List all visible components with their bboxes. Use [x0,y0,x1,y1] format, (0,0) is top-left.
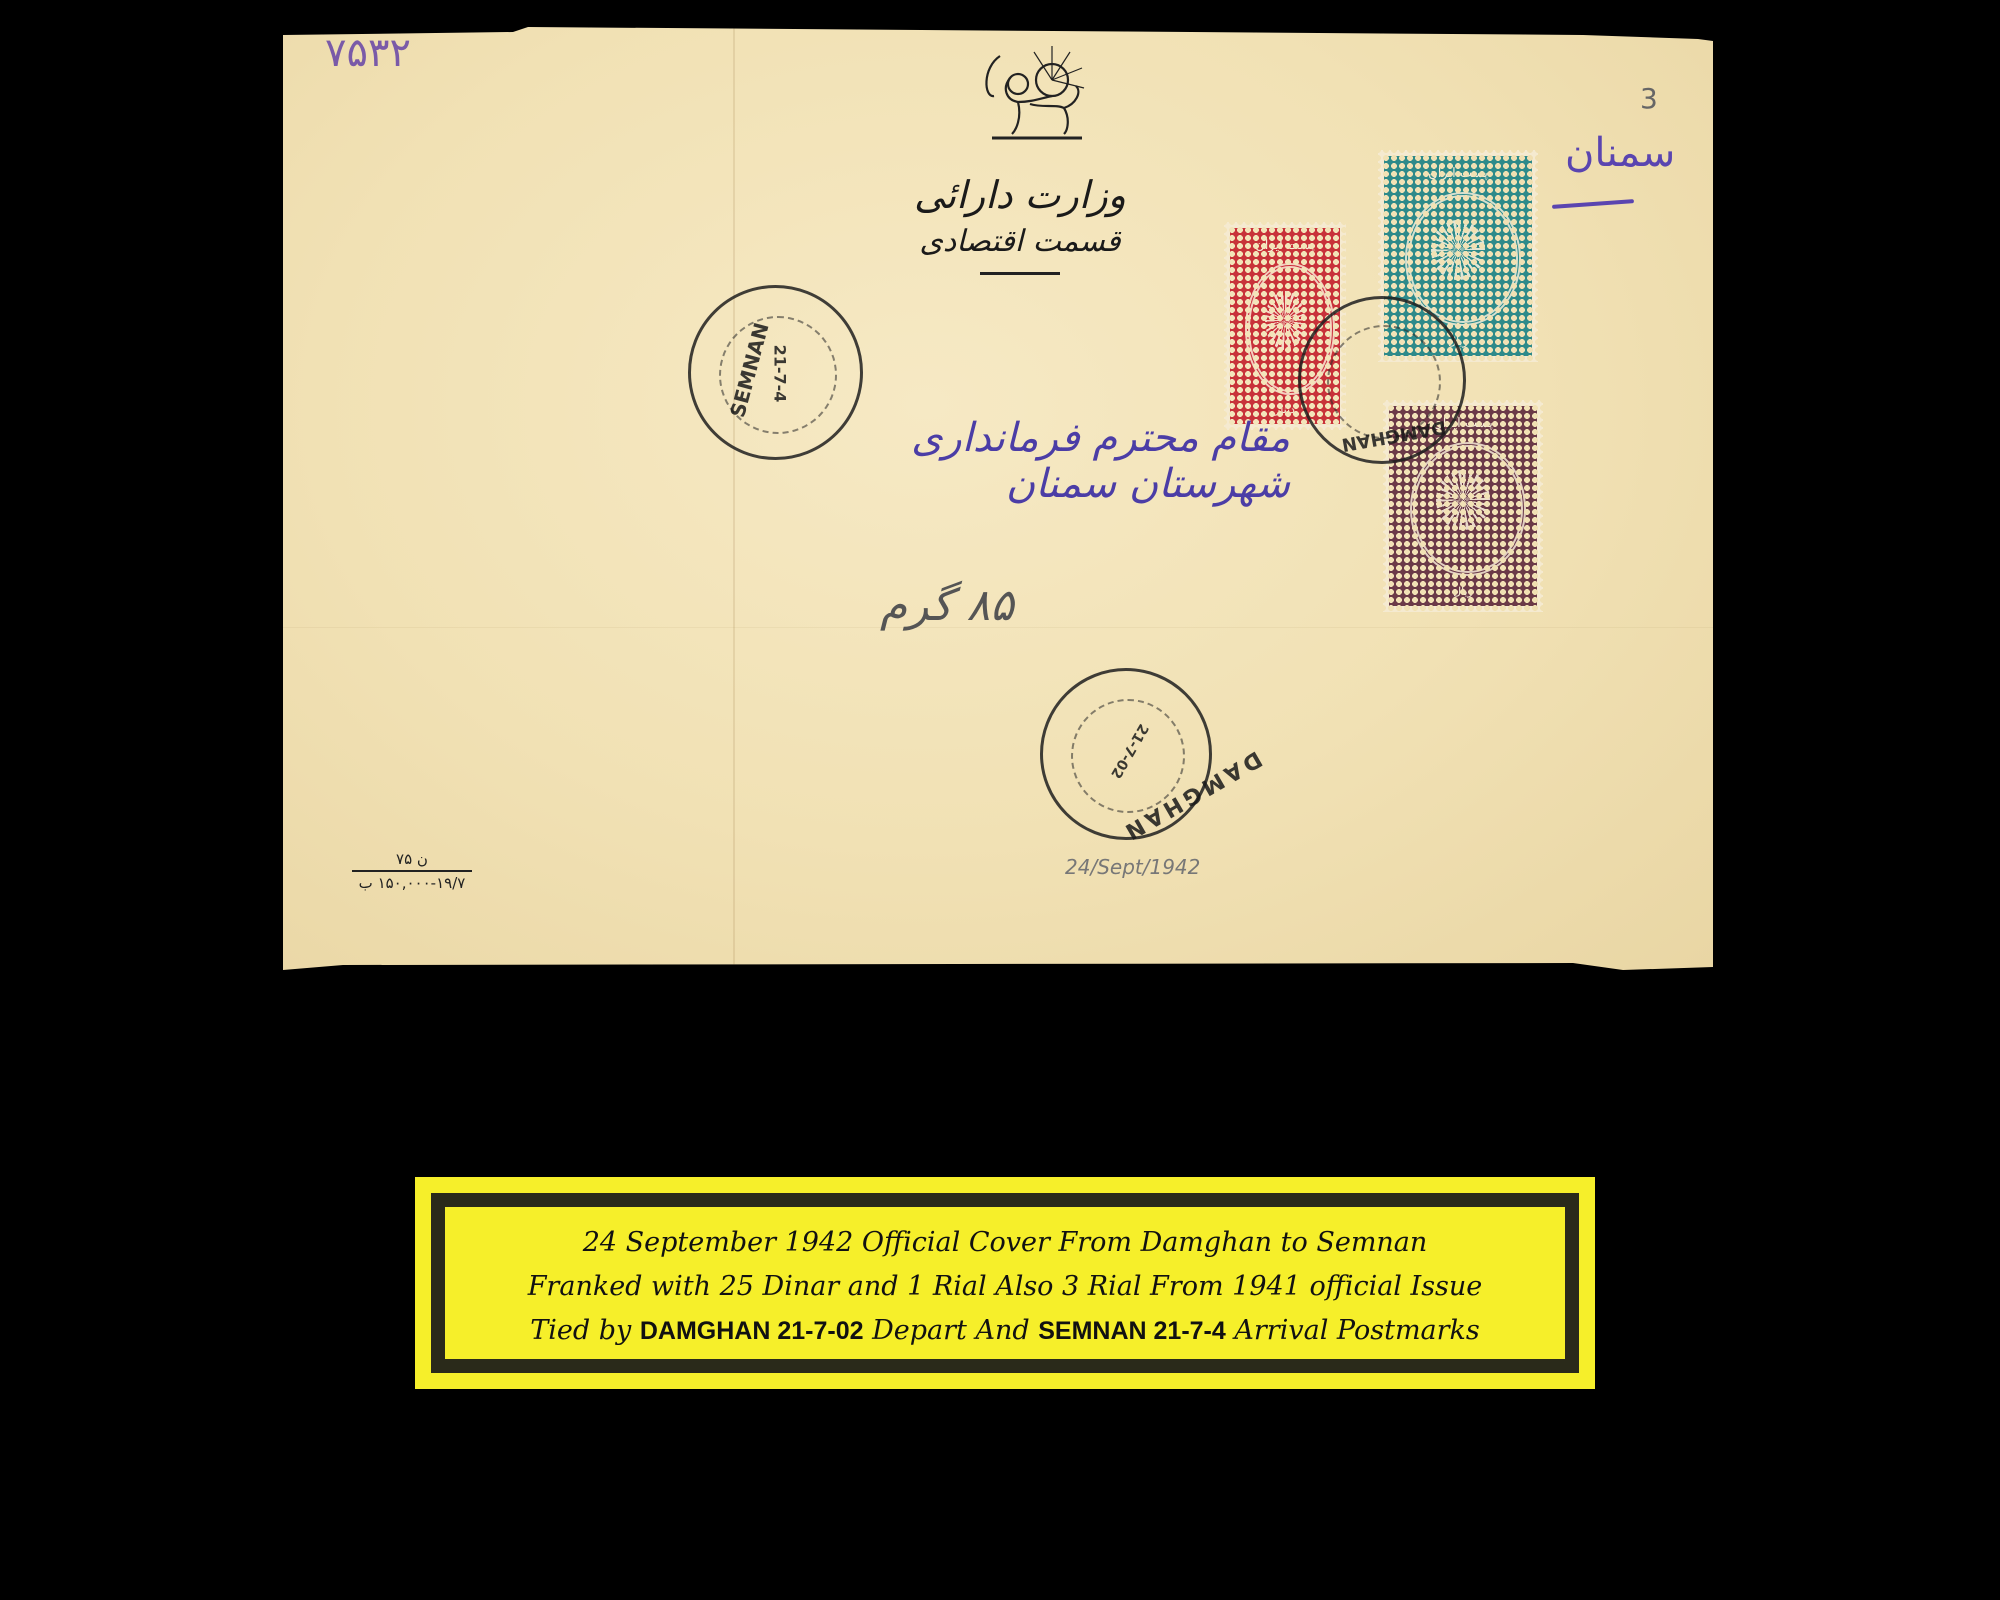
stamp-header: پست ایران [1384,166,1532,181]
fold-crease [733,27,735,970]
caption-tied-by: Tied by [530,1315,631,1346]
handwritten-weight: ۸۵ گرم [880,580,1014,631]
caption-line-1: 24 September 1942 Official Cover From Da… [415,1221,1595,1265]
handwritten-page-number: 3 [1640,82,1658,115]
caption-depart: Depart And [872,1315,1030,1346]
postmark-date: 21-7-4 [770,345,789,403]
imprint-rule [352,870,472,872]
printer-imprint: ن ۷۵ ۱۵۰,۰۰۰-۱۹/۷ ب [352,850,472,892]
letterhead-department: قسمت اقتصادی [880,220,1160,264]
letterhead-rule [980,272,1060,275]
pencil-date-note: 24/Sept/1942 [1065,855,1200,879]
letterhead-ministry: وزارت دارائی [880,170,1160,220]
stamp-value-label: ریال [1389,585,1537,598]
caption-line-3: Tied by DAMGHAN 21-7-02 Depart And SEMNA… [415,1309,1595,1353]
postmark-damghan: DAMGHAN 21-7-02 [1040,668,1212,840]
caption-origin-postmark: DAMGHAN 21-7-02 [640,1317,864,1345]
postmark-damghan-on-stamps: DAMGHAN [1298,296,1466,464]
handwritten-destination-note: سمنان [1565,130,1675,176]
imprint-line1: ن ۷۵ [352,850,472,868]
caption-arrival: Arrival Postmarks [1234,1315,1479,1346]
lion-sun-emblem-icon [1265,291,1305,350]
letterhead: وزارت دارائی قسمت اقتصادی [880,170,1160,275]
lion-sun-emblem-icon [1436,470,1489,530]
stamp-header: پست ایران [1230,238,1340,253]
lion-and-sun-icon [972,38,1092,143]
lion-sun-emblem-icon [1431,220,1484,280]
handwritten-address: مقام محترم فرمانداری شهرستان سمنان [850,415,1290,507]
caption-text: 24 September 1942 Official Cover From Da… [415,1221,1595,1353]
postmark-semnan: SEMNAN 21-7-4 [688,285,863,460]
caption-label: 24 September 1942 Official Cover From Da… [415,1177,1595,1389]
imprint-line2: ۱۵۰,۰۰۰-۱۹/۷ ب [352,874,472,892]
caption-line-2: Franked with 25 Dinar and 1 Rial Also 3 … [415,1265,1595,1309]
caption-destination-postmark: SEMNAN 21-7-4 [1038,1317,1226,1345]
handwritten-reference-number: ۷۵۳۲ [325,30,411,76]
